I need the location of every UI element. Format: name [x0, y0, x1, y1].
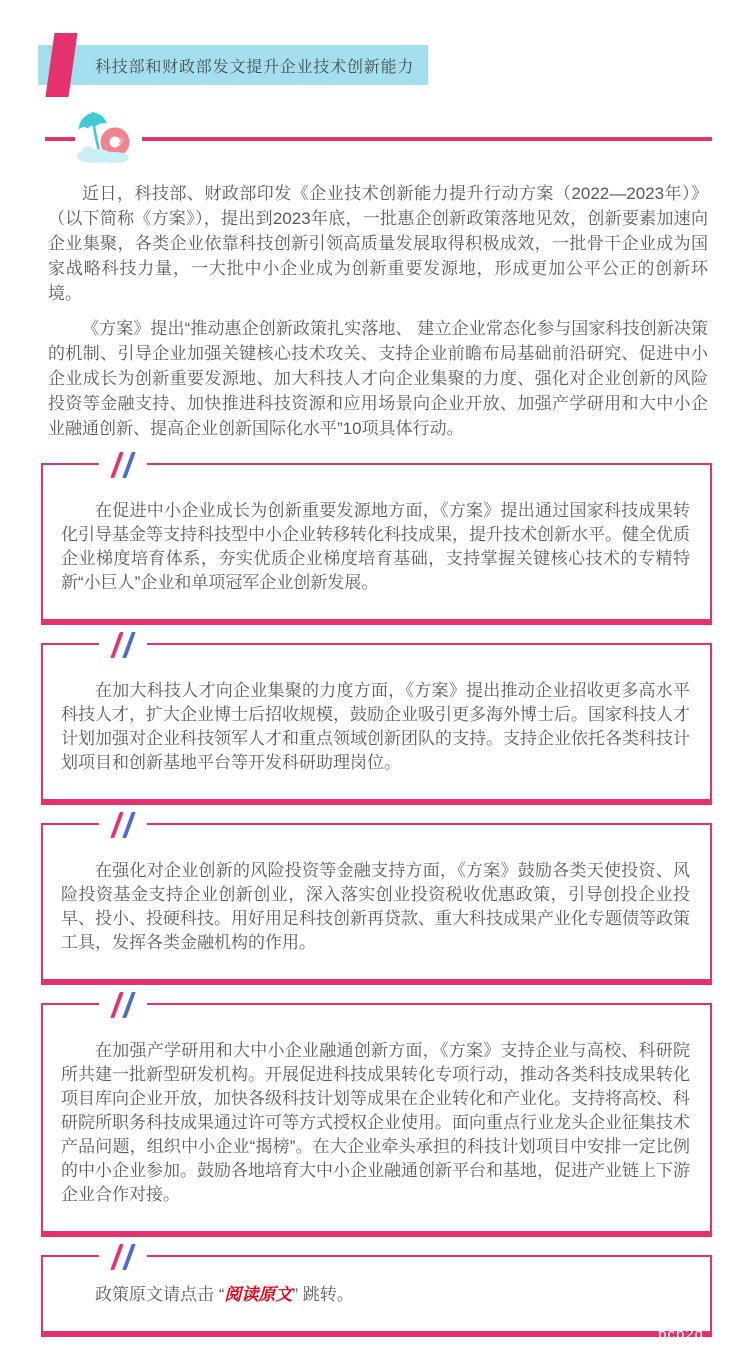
section-text: 在强化对企业创新的风险投资等金融支持方面，《方案》鼓励各类天使投资、风险投资基金… [61, 859, 690, 955]
decorative-divider [0, 109, 750, 167]
double-slash-icon [99, 1243, 147, 1271]
intro-section: 近日，科技部、财政部印发《企业技术创新能力提升行动方案（2022—2023年）》… [48, 181, 708, 441]
policy-section-card: 在加强产学研用和大中小企业融通创新方面，《方案》支持企业与高校、科研院所共建一批… [41, 1003, 712, 1237]
policy-section-card: 在加大科技人才向企业集聚的力度方面，《方案》提出推动企业招收更多高水平科技人才，… [41, 643, 712, 805]
double-slash-icon [99, 451, 147, 479]
section-header-banner: 科技部和财政部发文提升企业技术创新能力 [38, 45, 428, 85]
slash-pink [110, 632, 123, 658]
section-text: 在促进中小企业成长为创新重要发源地方面，《方案》提出通过国家科技成果转化引导基金… [61, 499, 690, 595]
slash-pink [110, 812, 123, 838]
divider-dash [45, 137, 75, 141]
slash-blue [122, 992, 135, 1018]
slash-blue [122, 632, 135, 658]
policy-section-card: 在强化对企业创新的风险投资等金融支持方面，《方案》鼓励各类天使投资、风险投资基金… [41, 823, 712, 985]
footer-card: 政策原文请点击 “阅读原文” 跳转。 bcb2d [41, 1255, 712, 1337]
intro-paragraph: 《方案》提出“推动惠企创新政策扎实落地、 建立企业常态化参与国家科技创新决策的机… [48, 316, 708, 441]
watermark: bcb2d [658, 1326, 704, 1343]
double-slash-icon [99, 811, 147, 839]
slash-blue [122, 452, 135, 478]
slash-blue [122, 1244, 135, 1270]
slash-blue [122, 812, 135, 838]
double-slash-icon [99, 631, 147, 659]
footer-text: 政策原文请点击 “阅读原文” 跳转。 [61, 1283, 690, 1307]
article-page: 科技部和财政部发文提升企业技术创新能力 近日，科技部、财政部印发《企业技术创新能… [0, 0, 750, 1337]
read-original-link[interactable]: 阅读原文 [224, 1285, 292, 1304]
double-slash-icon [99, 991, 147, 1019]
divider-line [142, 137, 712, 141]
slash-pink [110, 1244, 123, 1270]
page-title: 科技部和财政部发文提升企业技术创新能力 [95, 54, 414, 77]
pink-ribbon-accent [46, 33, 78, 97]
footer-text-before: 政策原文请点击 “ [95, 1285, 224, 1304]
slash-pink [110, 452, 123, 478]
intro-paragraph: 近日，科技部、财政部印发《企业技术创新能力提升行动方案（2022—2023年）》… [48, 181, 708, 306]
beach-umbrella-icon [76, 111, 134, 163]
footer-text-after: ” 跳转。 [292, 1285, 353, 1304]
section-text: 在加强产学研用和大中小企业融通创新方面，《方案》支持企业与高校、科研院所共建一批… [61, 1039, 690, 1207]
policy-section-card: 在促进中小企业成长为创新重要发源地方面，《方案》提出通过国家科技成果转化引导基金… [41, 463, 712, 625]
section-text: 在加大科技人才向企业集聚的力度方面，《方案》提出推动企业招收更多高水平科技人才，… [61, 679, 690, 775]
slash-pink [110, 992, 123, 1018]
